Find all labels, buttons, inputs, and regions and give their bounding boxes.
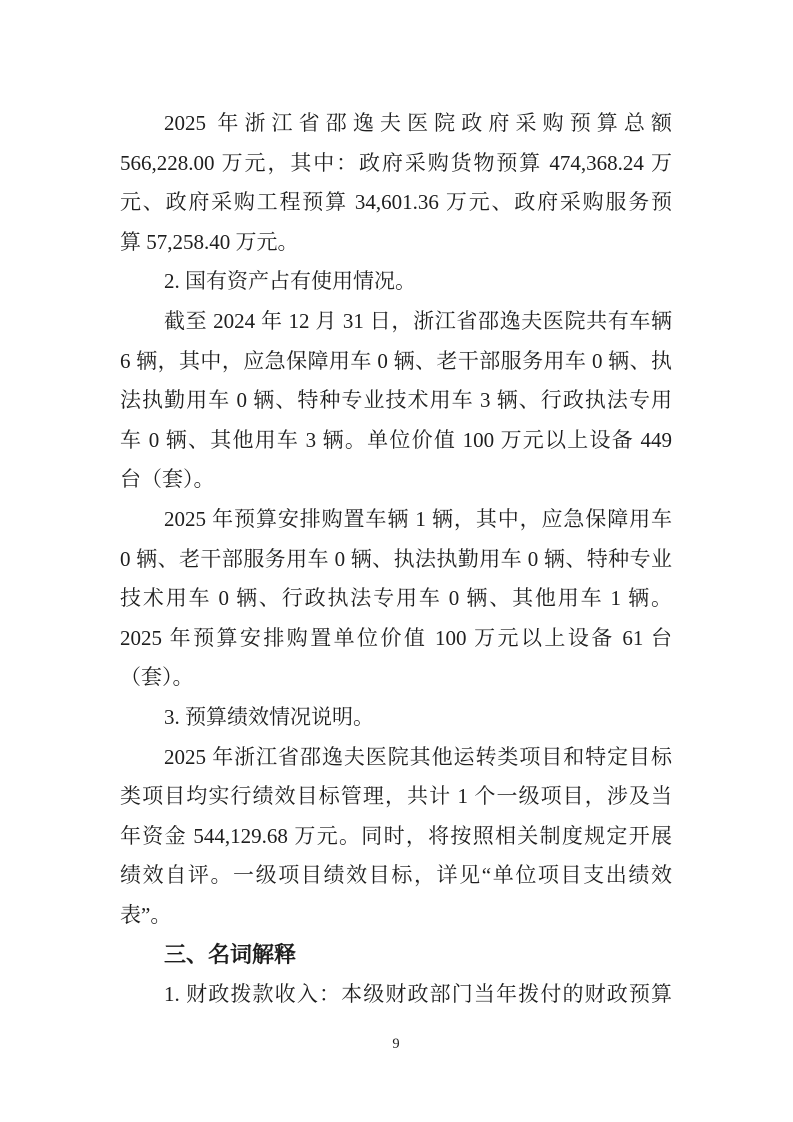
performance-para-line-5: 表”。 — [120, 896, 672, 936]
document-page: 2025 年浙江省邵逸夫医院政府采购预算总额 566,228.00 万元，其中：… — [0, 0, 793, 1122]
purchase-plan-para-line-3: 技术用车 0 辆、行政执法专用车 0 辆、其他用车 1 辆。 — [120, 579, 672, 619]
purchase-plan-para-line-4: 2025 年预算安排购置单位价值 100 万元以上设备 61 台 — [120, 619, 672, 659]
assets-item-heading: 2. 国有资产占有使用情况。 — [120, 262, 672, 302]
document-body: 2025 年浙江省邵逸夫医院政府采购预算总额 566,228.00 万元，其中：… — [120, 104, 672, 1015]
assets-para-line-3: 法执勤用车 0 辆、特种专业技术用车 3 辆、行政执法专用 — [120, 381, 672, 421]
performance-para-line-3: 年资金 544,129.68 万元。同时，将按照相关制度规定开展 — [120, 817, 672, 857]
purchase-plan-para-line-2: 0 辆、老干部服务用车 0 辆、执法执勤用车 0 辆、特种专业 — [120, 540, 672, 580]
performance-para-line-4: 绩效自评。一级项目绩效目标，详见“单位项目支出绩效 — [120, 856, 672, 896]
glossary-item-1-line-1: 1. 财政拨款收入：本级财政部门当年拨付的财政预算 — [120, 975, 672, 1015]
assets-para-line-1: 截至 2024 年 12 月 31 日，浙江省邵逸夫医院共有车辆 — [120, 302, 672, 342]
purchase-plan-para-line-1: 2025 年预算安排购置车辆 1 辆，其中，应急保障用车 — [120, 500, 672, 540]
performance-para-line-1: 2025 年浙江省邵逸夫医院其他运转类项目和特定目标 — [120, 738, 672, 778]
glossary-section-heading: 三、名词解释 — [120, 935, 672, 975]
assets-para-line-4: 车 0 辆、其他用车 3 辆。单位价值 100 万元以上设备 449 — [120, 421, 672, 461]
procurement-para-line-2: 566,228.00 万元，其中：政府采购货物预算 474,368.24 万 — [120, 144, 672, 184]
assets-para-line-2: 6 辆，其中，应急保障用车 0 辆、老干部服务用车 0 辆、执 — [120, 342, 672, 382]
assets-para-line-5: 台（套）。 — [120, 460, 672, 500]
performance-para-line-2: 类项目均实行绩效目标管理，共计 1 个一级项目，涉及当 — [120, 777, 672, 817]
page-footer: 9 — [120, 1036, 672, 1053]
performance-item-heading: 3. 预算绩效情况说明。 — [120, 698, 672, 738]
purchase-plan-para-line-5: （套）。 — [120, 658, 672, 698]
page-number: 9 — [392, 1036, 399, 1052]
procurement-para-line-1: 2025 年浙江省邵逸夫医院政府采购预算总额 — [120, 104, 672, 144]
procurement-para-line-4: 算 57,258.40 万元。 — [120, 223, 672, 263]
procurement-para-line-3: 元、政府采购工程预算 34,601.36 万元、政府采购服务预 — [120, 183, 672, 223]
